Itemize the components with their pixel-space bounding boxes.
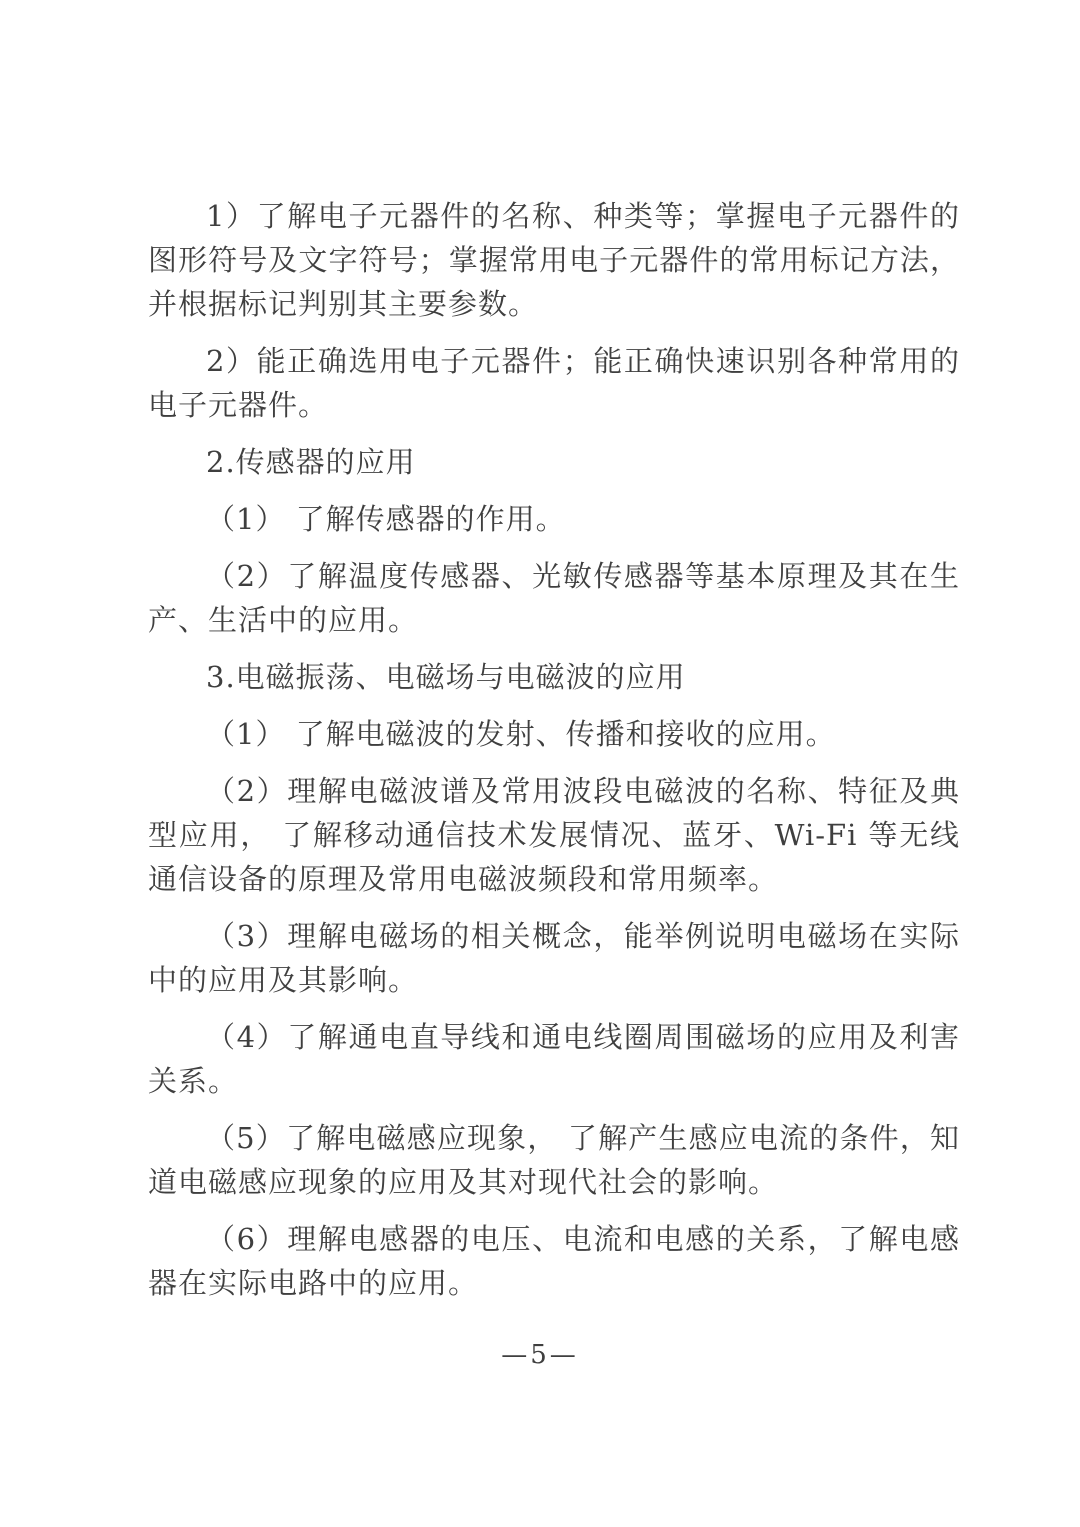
document-body: 1）了解电子元器件的名称、种类等；掌握电子元器件的图形符号及文字符号；掌握常用电… [148,194,960,1318]
paragraph-list-item: （2）理解电磁波谱及常用波段电磁波的名称、特征及典型应用， 了解移动通信技术发展… [148,769,960,901]
page-footer: —5— [0,1340,1080,1370]
paragraph-list-item: （4）了解通电直导线和通电线圈周围磁场的应用及利害关系。 [148,1015,960,1103]
paragraph-list-item: （3）理解电磁场的相关概念，能举例说明电磁场在实际中的应用及其影响。 [148,914,960,1002]
paragraph-list-item: （1） 了解电磁波的发射、传播和接收的应用。 [148,712,960,756]
document-page: 1）了解电子元器件的名称、种类等；掌握电子元器件的图形符号及文字符号；掌握常用电… [0,0,1080,1527]
section-heading: 2.传感器的应用 [148,440,960,484]
paragraph-numbered-item: 2）能正确选用电子元器件；能正确快速识别各种常用的电子元器件。 [148,339,960,427]
paragraph-list-item: （5）了解电磁感应现象， 了解产生感应电流的条件，知道电磁感应现象的应用及其对现… [148,1116,960,1204]
section-heading: 3.电磁振荡、电磁场与电磁波的应用 [148,655,960,699]
paragraph-list-item: （6）理解电感器的电压、电流和电感的关系，了解电感器在实际电路中的应用。 [148,1217,960,1305]
page-number: —5— [501,1340,579,1370]
paragraph-list-item: （1） 了解传感器的作用。 [148,497,960,541]
paragraph-numbered-item: 1）了解电子元器件的名称、种类等；掌握电子元器件的图形符号及文字符号；掌握常用电… [148,194,960,326]
paragraph-list-item: （2）了解温度传感器、光敏传感器等基本原理及其在生产、生活中的应用。 [148,554,960,642]
